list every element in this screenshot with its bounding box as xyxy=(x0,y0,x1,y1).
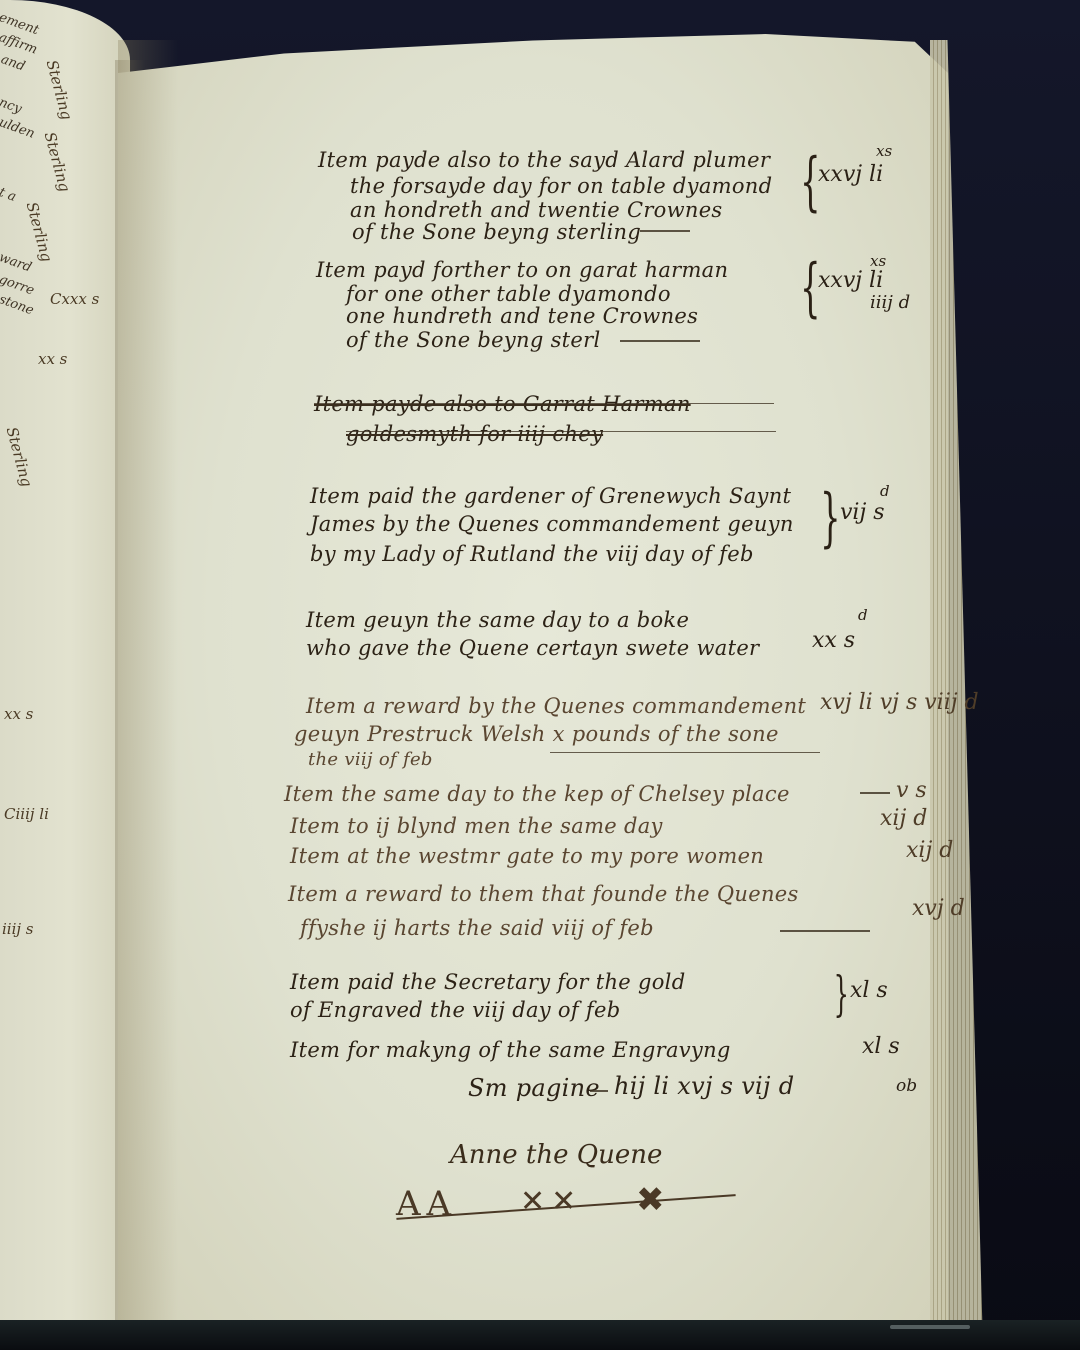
bracket-rule xyxy=(550,752,820,753)
entry-line: by my Lady of Rutland the viij day of fe… xyxy=(310,540,754,568)
entry-amount-superscript: d xyxy=(858,606,868,624)
strikethrough-rule xyxy=(314,403,774,404)
entry-amount: xxvj li xyxy=(818,162,883,187)
page-total-value: hij li xvj s vij d xyxy=(614,1072,794,1100)
entry-line: Item a reward to them that founde the Qu… xyxy=(288,880,799,908)
gutter-shadow xyxy=(118,40,178,1340)
left-margin-note: Sterling xyxy=(3,425,36,489)
page-total-suffix: ob xyxy=(896,1076,917,1096)
left-margin-note: Cxxx s xyxy=(50,290,99,308)
entry-line: ffyshe ij harts the said viij of feb xyxy=(300,914,654,942)
left-fragment: t a xyxy=(0,185,18,205)
entry-amount-extra: iiij d xyxy=(870,292,910,313)
entry-line: James by the Quenes commandement geuyn xyxy=(310,510,794,538)
entry-line: of Engraved the viij day of feb xyxy=(290,996,620,1024)
line-filler xyxy=(590,1090,608,1092)
strikethrough-rule xyxy=(346,431,776,432)
entry-line: geuyn Prestruck Welsh x pounds of the so… xyxy=(294,720,779,748)
entry-amount: xl s xyxy=(862,1034,900,1059)
entry-line: Item the same day to the kep of Chelsey … xyxy=(284,780,790,808)
entry-line: of the Sone beyng sterl xyxy=(346,326,601,354)
left-margin-note: iiij s xyxy=(2,920,34,938)
brace-mark: } xyxy=(834,962,849,1026)
left-fragment: ncy xyxy=(0,95,24,117)
line-filler xyxy=(860,792,890,794)
entry-amount: xij d xyxy=(906,838,953,863)
entry-line: Item paid the Secretary for the gold xyxy=(290,968,685,996)
entry-amount-superscript: d xyxy=(880,482,890,500)
entry-amount: vij s xyxy=(840,500,885,525)
left-page-margin-notes: ement affirm and Sterling ncy ulden Ster… xyxy=(0,0,130,1300)
entry-line: Item paid the gardener of Grenewych Sayn… xyxy=(310,482,791,510)
page-total-label: Sm pagine xyxy=(468,1074,600,1102)
entry-amount: xx s xyxy=(812,628,855,653)
left-margin-note: xx s xyxy=(4,705,33,723)
left-margin-note: xx s xyxy=(38,350,67,368)
left-margin-note: Ciiij li xyxy=(4,805,49,823)
left-fragment: and xyxy=(0,52,27,74)
signature-monogram: ✕✕ xyxy=(520,1184,582,1219)
entry-line: Item for makyng of the same Engravyng xyxy=(290,1036,731,1064)
entry-amount: xl s xyxy=(850,978,888,1003)
line-filler xyxy=(780,930,870,932)
entry-line: Item a reward by the Quenes commandement xyxy=(306,692,806,720)
entry-line: of the Sone beyng sterling xyxy=(352,218,641,246)
page-block-edges xyxy=(930,40,1000,1330)
line-filler xyxy=(620,340,700,342)
left-margin-note: Sterling xyxy=(41,130,74,194)
entry-line: Item geuyn the same day to a boke xyxy=(306,606,689,634)
left-margin-note: Sterling xyxy=(43,58,76,122)
left-fragment: ward xyxy=(0,250,33,276)
entry-line: the viij of feb xyxy=(308,746,433,774)
signature-text: Anne the Quene xyxy=(450,1140,662,1170)
entry-amount-superscript: xs xyxy=(870,252,886,270)
entry-line: Item to ij blynd men the same day xyxy=(290,812,663,840)
line-filler xyxy=(640,230,690,232)
entry-line: Item at the westmr gate to my pore women xyxy=(290,842,764,870)
brace-mark: } xyxy=(820,486,840,550)
entry-amount: xvj d xyxy=(912,896,965,921)
entry-line: who gave the Quene certayn swete water xyxy=(306,634,759,662)
entry-amount: xxvj li xyxy=(818,268,883,293)
shelf-glare xyxy=(890,1325,970,1329)
entry-amount-superscript: xs xyxy=(876,142,892,160)
entry-amount: xvj li vj s viij d xyxy=(820,690,979,715)
entry-amount: xij d xyxy=(880,806,927,831)
manuscript-photo: ement affirm and Sterling ncy ulden Ster… xyxy=(0,0,1080,1350)
entry-line: goldesmyth for iiij chey xyxy=(346,420,603,448)
left-fragment: ulden xyxy=(0,115,37,142)
entry-amount: v s xyxy=(896,778,927,803)
left-margin-note: Sterling xyxy=(23,200,56,264)
entry-line: Item payde also to the sayd Alard plumer xyxy=(318,146,770,174)
